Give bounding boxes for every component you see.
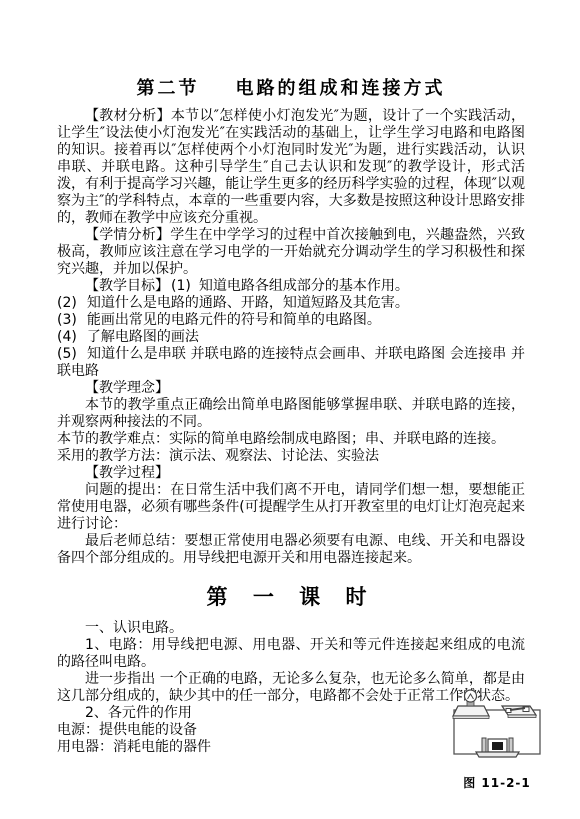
objective-item: (2)知道什么是电路的通路、开路，知道短路及其危害。 — [57, 295, 525, 312]
objective-number: (3) — [57, 312, 77, 329]
objectives-label: 【教学目标】 — [85, 278, 169, 294]
battery-icon — [476, 738, 519, 757]
circuit-figure: 图 11-2-1 — [446, 688, 548, 791]
teaching-methods-paragraph: 采用的教学方法：演示法、观察法、讨论法、实验法 — [57, 448, 525, 465]
lesson-one-heading: 第 一 课 时 — [57, 581, 525, 611]
document-content: 第二节 电路的组成和连接方式 【教材分析】本节以″怎样使小灯泡发光″为题，设计了… — [57, 74, 525, 756]
document-page: 第二节 电路的组成和连接方式 【教材分析】本节以″怎样使小灯泡发光″为题，设计了… — [0, 0, 580, 819]
objective-number: (5) — [57, 346, 77, 363]
objective-number: (1) — [171, 278, 191, 294]
section-number-label: 第二节 — [137, 74, 200, 100]
power-source-definition: 电源：提供电能的设备 — [57, 722, 435, 739]
figure-caption: 图 11-2-1 — [446, 774, 548, 791]
material-analysis-paragraph: 【教材分析】本节以″怎样使小灯泡发光″为题，设计了一个实践活动，让学生″设法使小… — [57, 108, 525, 227]
light-bulb-icon — [453, 688, 489, 719]
appliance-definition: 用电器：消耗电能的器件 — [57, 739, 435, 756]
objective-item: (4)了解电路图的画法 — [57, 329, 525, 346]
objective-text: 知道电路各组成部分的基本作用。 — [199, 278, 409, 294]
know-circuit-heading: 一、认识电路。 — [57, 620, 525, 637]
circuit-definition-paragraph: 1、电路：用导线把电源、用电器、开关和等元件连接起来组成的电流的路径叫电路。 — [57, 637, 525, 671]
objective-text: 知道什么是电路的通路、开路，知道短路及其危害。 — [87, 295, 409, 311]
objective-text: 知道什么是串联 并联电路的连接特点会画串、并联电路图 会连接串 并联电路 — [57, 346, 525, 379]
process-summary-paragraph: 最后老师总结：要想正常使用电器必须要有电源、电线、开关和电器设备四个部分组成的。… — [57, 533, 525, 567]
philosophy-label: 【教学理念】 — [57, 380, 525, 397]
objective-item: (5)知道什么是串联 并联电路的连接特点会画串、并联电路图 会连接串 并联电路 — [57, 346, 525, 380]
circuit-sketch — [446, 688, 548, 772]
component-roles-heading: 2、各元件的作用 — [57, 705, 435, 722]
process-question-paragraph: 问题的提出：在日常生活中我们离不开电，请同学们想一想，要想能正常使用电器，必须有… — [57, 482, 525, 533]
page-title: 第二节 电路的组成和连接方式 — [57, 74, 525, 100]
learner-analysis-paragraph: 【学情分析】学生在中学学习的过程中首次接触到电，兴趣盎然，兴致极高，教师应该注意… — [57, 227, 525, 278]
section-title-label: 电路的组成和连接方式 — [236, 74, 446, 100]
objective-number: (2) — [57, 295, 77, 312]
objectives-header-line: 【教学目标】(1)知道电路各组成部分的基本作用。 — [57, 278, 525, 295]
teaching-focus-paragraph: 本节的教学重点正确绘出简单电路图能够掌握串联、并联电路的连接，并观察两种接法的不… — [57, 397, 525, 431]
teaching-difficulty-paragraph: 本节的教学难点：实际的简单电路绘制成电路图；串、并联电路的连接。 — [57, 431, 525, 448]
objective-text: 能画出常见的电路元件的符号和简单的电路图。 — [87, 312, 381, 328]
objective-text: 了解电路图的画法 — [87, 329, 199, 345]
objective-number: (4) — [57, 329, 77, 346]
objective-item: (3)能画出常见的电路元件的符号和简单的电路图。 — [57, 312, 525, 329]
knife-switch-icon — [502, 706, 536, 718]
process-label: 【教学过程】 — [57, 465, 525, 482]
